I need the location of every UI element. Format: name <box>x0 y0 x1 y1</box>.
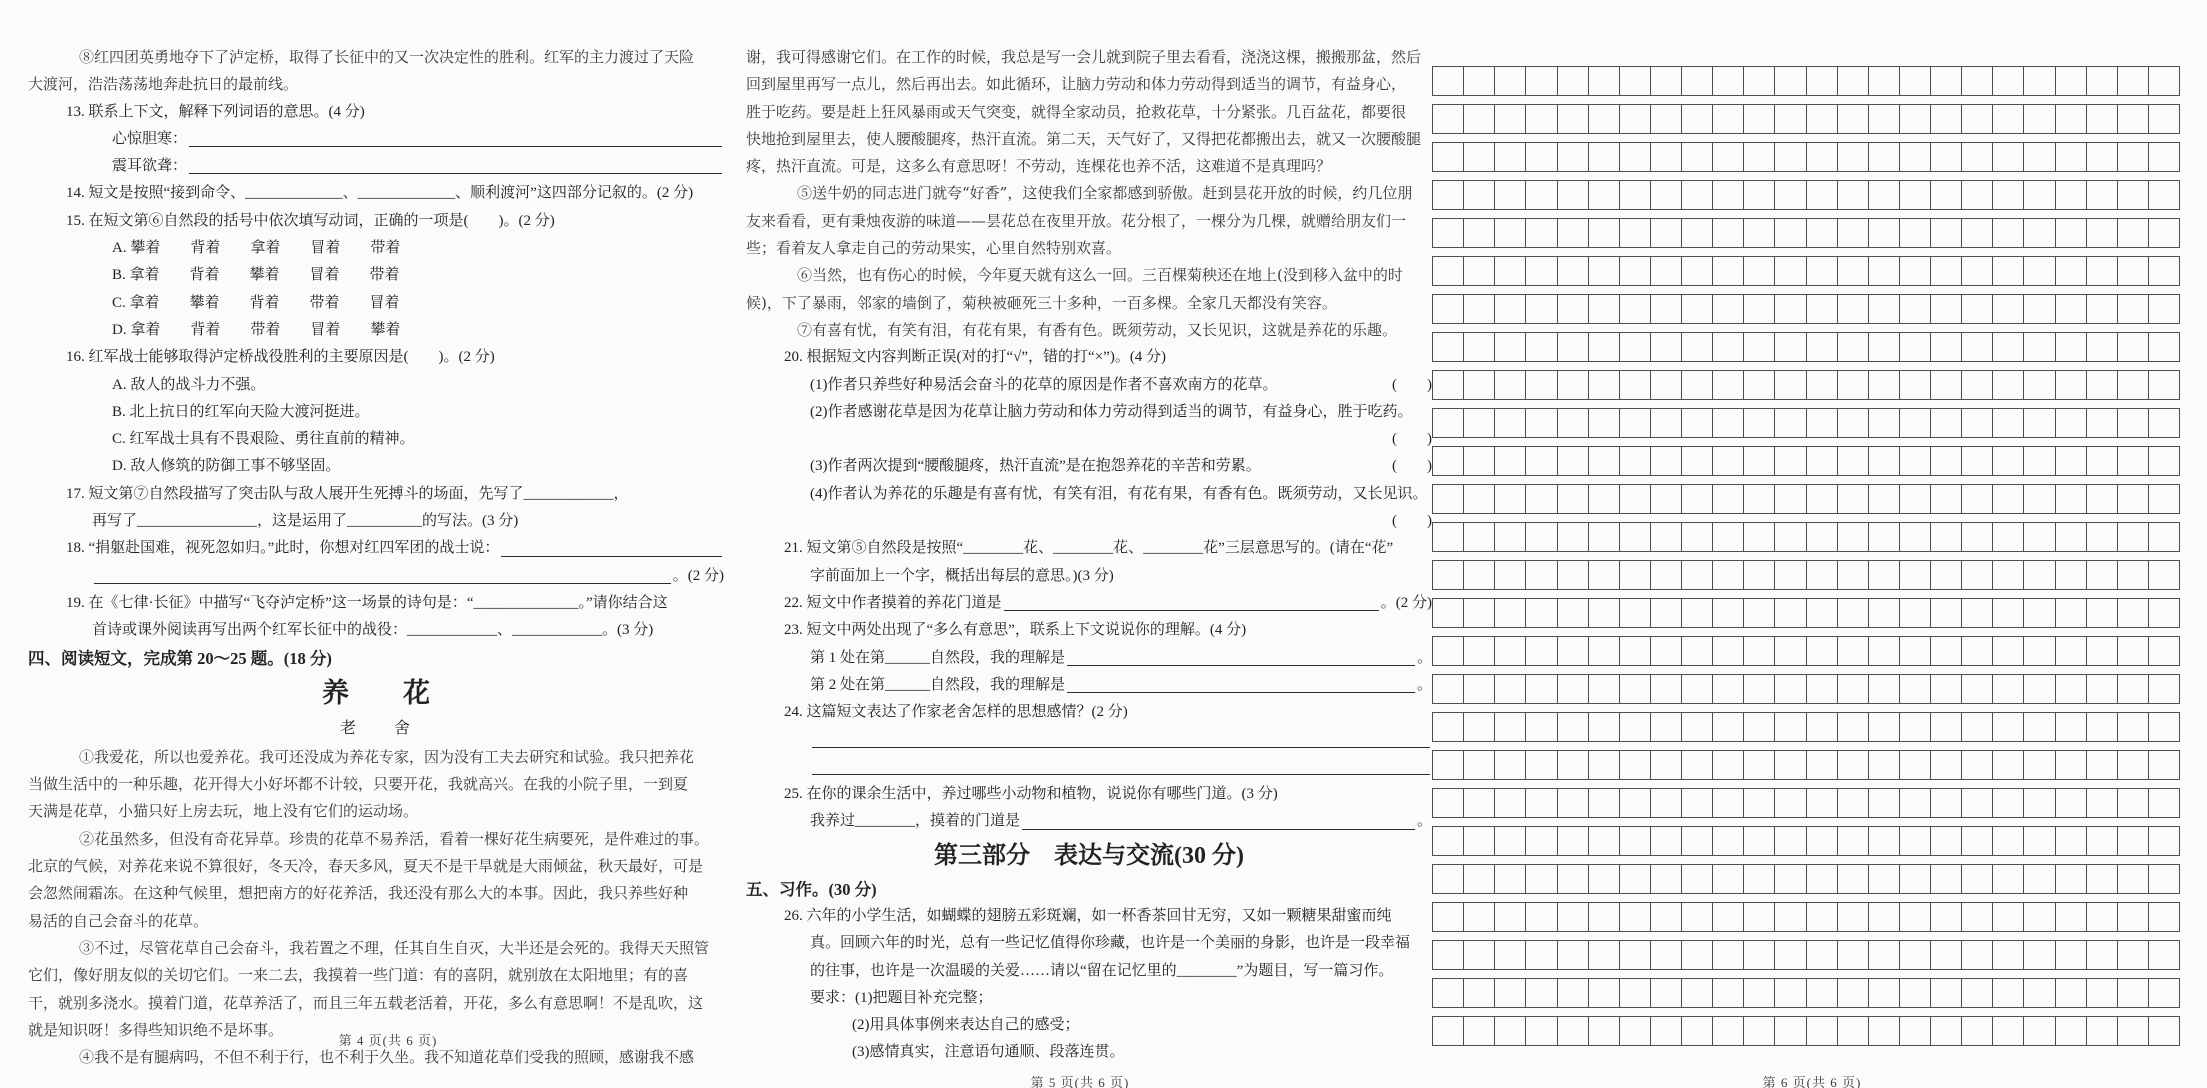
text-line: 震耳欲聋： <box>112 153 724 180</box>
grid-cell <box>1526 257 1557 285</box>
grid-cell <box>1931 751 1962 779</box>
grid-cell <box>1589 333 1620 361</box>
grid-cell <box>1775 599 1806 627</box>
grid-cell <box>1495 447 1526 475</box>
grid-cell <box>1713 371 1744 399</box>
grid-cell <box>1651 143 1682 171</box>
grid-cell <box>1775 257 1806 285</box>
grid-cell <box>1682 371 1713 399</box>
page-footer-left: 第 4 页(共 6 页) <box>288 1030 488 1049</box>
grid-cell <box>1713 181 1744 209</box>
grid-cell <box>1495 1017 1526 1045</box>
grid-cell <box>2118 637 2149 665</box>
grid-cell <box>1682 865 1713 893</box>
grid-cell <box>1931 1017 1962 1045</box>
grid-cell <box>1713 409 1744 437</box>
grid-cell <box>1838 751 1869 779</box>
text-line: ⑦有喜有忧，有笑有泪，有花有果，有香有色。既须劳动，又长见识，这就是养花的乐趣。 <box>746 317 1432 344</box>
grid-cell <box>1744 903 1775 931</box>
text-line: 候)，下了暴雨，邻家的墙倒了，菊秧被砸死三十多种，一百多棵。全家几天都没有笑容。 <box>746 290 1432 317</box>
grid-cell <box>1495 675 1526 703</box>
grid-cell <box>1869 561 1900 589</box>
text-line: ③不过，尽管花草自己会奋斗，我若置之不理，任其自生自灭，大半还是会死的。我得天天… <box>28 935 724 962</box>
grid-cell <box>2024 295 2055 323</box>
grid-cell <box>1651 903 1682 931</box>
grid-cell <box>2149 979 2179 1007</box>
grid-cell <box>1464 181 1495 209</box>
grid-cell <box>1931 257 1962 285</box>
grid-cell <box>1651 675 1682 703</box>
text-line: ( ) <box>810 426 1432 453</box>
grid-cell <box>2118 979 2149 1007</box>
grid-cell <box>2024 789 2055 817</box>
grid-cell <box>1744 409 1775 437</box>
grid-cell <box>1807 333 1838 361</box>
grid-cell <box>1651 523 1682 551</box>
grid-cell <box>1620 713 1651 741</box>
line-right-text: 。 <box>1417 645 1432 672</box>
grid-cell <box>2149 751 2179 779</box>
grid-cell <box>1993 295 2024 323</box>
grid-cell <box>1651 751 1682 779</box>
grid-cell <box>1433 1017 1464 1045</box>
grid-cell <box>1931 143 1962 171</box>
grid-cell <box>1651 865 1682 893</box>
grid-cell <box>1775 295 1806 323</box>
grid-cell <box>1900 295 1931 323</box>
grid-cell <box>1713 67 1744 95</box>
grid-cell <box>1433 941 1464 969</box>
grid-cell <box>1807 637 1838 665</box>
grid-cell <box>1807 485 1838 513</box>
grid-cell <box>1620 447 1651 475</box>
grid-cell <box>1682 561 1713 589</box>
spacer <box>812 508 1390 535</box>
grid-cell <box>1433 409 1464 437</box>
grid-cell <box>1558 333 1589 361</box>
grid-cell <box>2056 599 2087 627</box>
grid-cell <box>1962 561 1993 589</box>
grid-cell <box>1682 903 1713 931</box>
grid-cell <box>2024 751 2055 779</box>
grid-cell <box>1620 1017 1651 1045</box>
grid-cell <box>1713 751 1744 779</box>
grid-cell <box>1900 675 1931 703</box>
text-line: 五、习作。(30 分) <box>746 876 1432 903</box>
grid-cell <box>1620 599 1651 627</box>
grid-cell <box>1620 181 1651 209</box>
grid-cell <box>1589 637 1620 665</box>
answer-blank-underline <box>1067 692 1415 693</box>
grid-cell <box>2087 447 2118 475</box>
grid-cell <box>1464 523 1495 551</box>
grid-cell <box>1869 941 1900 969</box>
grid-cell <box>1775 561 1806 589</box>
grid-cell <box>1962 827 1993 855</box>
grid-row <box>1432 66 2180 96</box>
grid-cell <box>2087 295 2118 323</box>
grid-cell <box>2149 67 2179 95</box>
grid-cell <box>1464 561 1495 589</box>
text-line: 第 1 处在第______自然段，我的理解是。 <box>810 645 1432 672</box>
grid-cell <box>2118 295 2149 323</box>
grid-cell <box>1589 67 1620 95</box>
grid-cell <box>1744 1017 1775 1045</box>
grid-cell <box>1713 903 1744 931</box>
grid-cell <box>2024 333 2055 361</box>
grid-cell <box>1495 979 1526 1007</box>
grid-cell <box>2024 865 2055 893</box>
text-line: 天满是花草，小猫只好上房去玩，地上没有它们的运动场。 <box>28 798 724 825</box>
grid-cell <box>2087 979 2118 1007</box>
grid-cell <box>1526 675 1557 703</box>
grid-cell <box>2056 827 2087 855</box>
grid-cell <box>1993 637 2024 665</box>
grid-cell <box>1589 409 1620 437</box>
grid-cell <box>1682 979 1713 1007</box>
grid-cell <box>1900 561 1931 589</box>
grid-cell <box>1526 105 1557 133</box>
grid-cell <box>1775 751 1806 779</box>
grid-cell <box>1744 675 1775 703</box>
grid-cell <box>1744 219 1775 247</box>
grid-cell <box>1495 827 1526 855</box>
grid-cell <box>1838 371 1869 399</box>
grid-cell <box>1620 105 1651 133</box>
grid-cell <box>2149 105 2179 133</box>
text-line: 的往事，也许是一次温暖的关爱……请以“留在记忆里的________”为题目，写一… <box>810 958 1432 985</box>
grid-cell <box>1775 713 1806 741</box>
grid-cell <box>2118 561 2149 589</box>
grid-cell <box>1807 751 1838 779</box>
grid-cell <box>1620 409 1651 437</box>
grid-cell <box>1464 903 1495 931</box>
grid-cell <box>2087 485 2118 513</box>
line-text: 第 1 处在第______自然段，我的理解是 <box>810 645 1065 672</box>
grid-cell <box>1744 447 1775 475</box>
text-line: (3)作者两次提到“腰酸腿疼，热汗直流”是在抱怨养花的辛苦和劳累。( ) <box>810 453 1432 480</box>
grid-row <box>1432 674 2180 704</box>
line-text: 22. 短文中作者摸着的养花门道是 <box>784 590 1002 617</box>
grid-cell <box>2024 485 2055 513</box>
text-line: 23. 短文中两处出现了“多么有意思”，联系上下文说说你的理解。(4 分) <box>784 617 1432 644</box>
text-line: (3)感情真实，注意语句通顺、段落连贯。 <box>852 1039 1432 1066</box>
grid-cell <box>1713 333 1744 361</box>
grid-cell <box>1962 67 1993 95</box>
grid-cell <box>1931 675 1962 703</box>
text-line: (1)作者只养些好种易活会奋斗的花草的原因是作者不喜欢南方的花草。( ) <box>810 372 1432 399</box>
grid-cell <box>1589 903 1620 931</box>
grid-cell <box>2118 257 2149 285</box>
text-line: 15. 在短文第⑥自然段的括号中依次填写动词，正确的一项是( )。(2 分) <box>66 208 724 235</box>
grid-cell <box>1495 561 1526 589</box>
grid-cell <box>1464 865 1495 893</box>
grid-cell <box>1620 903 1651 931</box>
grid-cell <box>1931 599 1962 627</box>
grid-cell <box>1744 333 1775 361</box>
grid-cell <box>1464 371 1495 399</box>
grid-cell <box>1526 523 1557 551</box>
grid-cell <box>2056 903 2087 931</box>
answer-blank-underline <box>94 583 671 584</box>
text-line: 20. 根据短文内容判断正误(对的打“√”，错的打“×”)。(4 分) <box>784 344 1432 371</box>
grid-cell <box>1900 713 1931 741</box>
grid-cell <box>1838 143 1869 171</box>
line-right-text: 。(2 分) <box>673 563 724 590</box>
grid-cell <box>1495 181 1526 209</box>
grid-cell <box>1993 409 2024 437</box>
grid-cell <box>1433 561 1464 589</box>
text-line <box>810 754 1432 781</box>
grid-cell <box>1464 143 1495 171</box>
grid-cell <box>1744 105 1775 133</box>
grid-cell <box>1869 219 1900 247</box>
grid-cell <box>2024 67 2055 95</box>
text-line: 当做生活中的一种乐趣，花开得大小好坏都不计较，只要开花，我就高兴。在我的小院子里… <box>28 771 724 798</box>
grid-cell <box>1589 181 1620 209</box>
grid-cell <box>2056 941 2087 969</box>
grid-cell <box>1838 295 1869 323</box>
grid-cell <box>1558 257 1589 285</box>
grid-cell <box>1869 979 1900 1007</box>
grid-cell <box>1464 713 1495 741</box>
text-line: C. 拿着 攀着 背着 带着 冒着 <box>112 290 724 317</box>
grid-cell <box>1495 903 1526 931</box>
grid-cell <box>1558 903 1589 931</box>
grid-cell <box>1807 447 1838 475</box>
text-line: 回到屋里再写一点儿，然后再出去。如此循环，让脑力劳动和体力劳动得到适当的调节，有… <box>746 71 1432 98</box>
text-line: ⑤送牛奶的同志进门就夸“好香”，这使我们全家都感到骄傲。赶到昙花开放的时候，约几… <box>746 180 1432 207</box>
text-line: 易活的自己会奋斗的花草。 <box>28 908 724 935</box>
grid-cell <box>2118 447 2149 475</box>
grid-cell <box>2024 371 2055 399</box>
grid-cell <box>2024 105 2055 133</box>
grid-cell <box>2087 371 2118 399</box>
grid-cell <box>1993 713 2024 741</box>
grid-row <box>1432 1016 2180 1046</box>
grid-cell <box>1962 637 1993 665</box>
grid-cell <box>1682 143 1713 171</box>
grid-cell <box>1869 789 1900 817</box>
grid-cell <box>1900 257 1931 285</box>
page-footer-right: 第 6 页(共 6 页) <box>1712 1072 1912 1088</box>
grid-cell <box>2087 219 2118 247</box>
grid-cell <box>1464 789 1495 817</box>
grid-cell <box>2024 941 2055 969</box>
grid-cell <box>1869 637 1900 665</box>
grid-cell <box>1651 371 1682 399</box>
grid-cell <box>1775 789 1806 817</box>
grid-cell <box>1962 865 1993 893</box>
grid-cell <box>1495 295 1526 323</box>
grid-cell <box>2118 903 2149 931</box>
grid-cell <box>2024 257 2055 285</box>
grid-cell <box>1589 827 1620 855</box>
grid-cell <box>1620 485 1651 513</box>
grid-cell <box>1558 295 1589 323</box>
grid-cell <box>2056 1017 2087 1045</box>
grid-cell <box>1993 789 2024 817</box>
grid-cell <box>1900 751 1931 779</box>
grid-cell <box>1713 257 1744 285</box>
grid-cell <box>1682 1017 1713 1045</box>
grid-cell <box>1807 257 1838 285</box>
grid-cell <box>1838 447 1869 475</box>
grid-cell <box>2087 751 2118 779</box>
grid-cell <box>1433 447 1464 475</box>
grid-cell <box>1807 903 1838 931</box>
grid-cell <box>1962 371 1993 399</box>
grid-cell <box>1433 637 1464 665</box>
grid-cell <box>1464 105 1495 133</box>
grid-row <box>1432 864 2180 894</box>
grid-cell <box>1900 789 1931 817</box>
text-line: 第三部分 表达与交流(30 分) <box>746 836 1432 876</box>
grid-cell <box>1558 105 1589 133</box>
grid-cell <box>1682 485 1713 513</box>
grid-cell <box>1620 333 1651 361</box>
grid-cell <box>1993 827 2024 855</box>
grid-cell <box>1433 675 1464 703</box>
grid-cell <box>1620 789 1651 817</box>
grid-cell <box>1589 675 1620 703</box>
grid-cell <box>1713 941 1744 969</box>
grid-cell <box>1558 371 1589 399</box>
grid-cell <box>2024 181 2055 209</box>
grid-cell <box>1589 257 1620 285</box>
grid-cell <box>2149 827 2179 855</box>
text-line: B. 北上抗日的红军向天险大渡河挺进。 <box>112 399 724 426</box>
grid-cell <box>1869 181 1900 209</box>
grid-cell <box>1713 105 1744 133</box>
text-line: 19. 在《七律·长征》中描写“飞夺泸定桥”这一场景的诗句是：“________… <box>66 590 724 617</box>
grid-cell <box>1869 105 1900 133</box>
grid-cell <box>1589 561 1620 589</box>
grid-cell <box>1433 523 1464 551</box>
grid-cell <box>1993 371 2024 399</box>
text-line: 17. 短文第⑦自然段描写了突击队与敌人展开生死搏斗的场面，先写了_______… <box>66 481 724 508</box>
grid-cell <box>1775 333 1806 361</box>
grid-row <box>1432 826 2180 856</box>
grid-cell <box>1651 181 1682 209</box>
grid-cell <box>1682 523 1713 551</box>
answer-blank-underline <box>189 146 722 147</box>
grid-cell <box>1838 979 1869 1007</box>
grid-cell <box>1869 143 1900 171</box>
grid-cell <box>1495 523 1526 551</box>
grid-cell <box>1651 333 1682 361</box>
grid-cell <box>1464 941 1495 969</box>
grid-cell <box>1495 789 1526 817</box>
line-right-text: 。 <box>1417 672 1432 699</box>
grid-cell <box>1931 371 1962 399</box>
grid-cell <box>1838 637 1869 665</box>
grid-cell <box>1558 447 1589 475</box>
grid-cell <box>1464 827 1495 855</box>
grid-cell <box>1744 751 1775 779</box>
grid-cell <box>1993 599 2024 627</box>
grid-cell <box>2024 675 2055 703</box>
grid-cell <box>2024 713 2055 741</box>
grid-cell <box>2149 561 2179 589</box>
line-text: 18. “捐躯赴国难，视死忽如归。”此时，你想对红四军团的战士说： <box>66 535 499 562</box>
grid-cell <box>1807 979 1838 1007</box>
grid-cell <box>1682 599 1713 627</box>
grid-cell <box>1526 409 1557 437</box>
grid-cell <box>2087 865 2118 893</box>
grid-cell <box>1589 143 1620 171</box>
grid-cell <box>2149 485 2179 513</box>
grid-cell <box>1651 599 1682 627</box>
grid-cell <box>1993 941 2024 969</box>
grid-cell <box>1433 257 1464 285</box>
grid-cell <box>1682 333 1713 361</box>
grid-cell <box>1807 789 1838 817</box>
grid-cell <box>1682 447 1713 475</box>
grid-cell <box>2024 637 2055 665</box>
grid-cell <box>1495 105 1526 133</box>
grid-cell <box>1526 637 1557 665</box>
grid-cell <box>1993 561 2024 589</box>
grid-cell <box>1433 713 1464 741</box>
grid-cell <box>2056 409 2087 437</box>
grid-cell <box>1993 333 2024 361</box>
grid-cell <box>1713 865 1744 893</box>
grid-cell <box>1775 979 1806 1007</box>
grid-cell <box>1931 105 1962 133</box>
grid-cell <box>1464 333 1495 361</box>
grid-cell <box>1900 447 1931 475</box>
grid-cell <box>1869 827 1900 855</box>
grid-cell <box>1651 979 1682 1007</box>
text-line: 26. 六年的小学生活，如蝴蝶的翅膀五彩斑斓，如一杯香茶回甘无穷，又如一颗糖果甜… <box>784 903 1432 930</box>
grid-cell <box>2087 67 2118 95</box>
grid-cell <box>1869 865 1900 893</box>
grid-cell <box>2056 181 2087 209</box>
grid-cell <box>2087 599 2118 627</box>
grid-cell <box>2024 447 2055 475</box>
grid-cell <box>1526 903 1557 931</box>
grid-cell <box>1433 143 1464 171</box>
grid-cell <box>2024 561 2055 589</box>
grid-cell <box>1744 561 1775 589</box>
grid-cell <box>1931 295 1962 323</box>
grid-cell <box>2118 371 2149 399</box>
grid-cell <box>1838 257 1869 285</box>
grid-cell <box>1558 713 1589 741</box>
grid-cell <box>1807 941 1838 969</box>
grid-cell <box>1807 1017 1838 1045</box>
grid-cell <box>2149 219 2179 247</box>
text-line: 第 2 处在第______自然段，我的理解是。 <box>810 672 1432 699</box>
text-line: ⑥当然，也有伤心的时候，今年夏天就有这么一回。三百棵菊秧还在地上(没到移入盆中的… <box>746 262 1432 289</box>
grid-cell <box>2056 751 2087 779</box>
grid-cell <box>1807 67 1838 95</box>
grid-cell <box>1651 713 1682 741</box>
grid-cell <box>1900 143 1931 171</box>
grid-cell <box>1713 713 1744 741</box>
grid-cell <box>1433 789 1464 817</box>
grid-cell <box>2149 865 2179 893</box>
text-line: 些；看着友人拿走自己的劳动果实，心里自然特别欢喜。 <box>746 235 1432 262</box>
grid-cell <box>2056 257 2087 285</box>
grid-cell <box>1962 409 1993 437</box>
grid-cell <box>2056 143 2087 171</box>
text-line: 要求：(1)把题目补充完整； <box>810 985 1432 1012</box>
grid-cell <box>1962 333 1993 361</box>
grid-cell <box>1526 865 1557 893</box>
grid-cell <box>1558 751 1589 779</box>
